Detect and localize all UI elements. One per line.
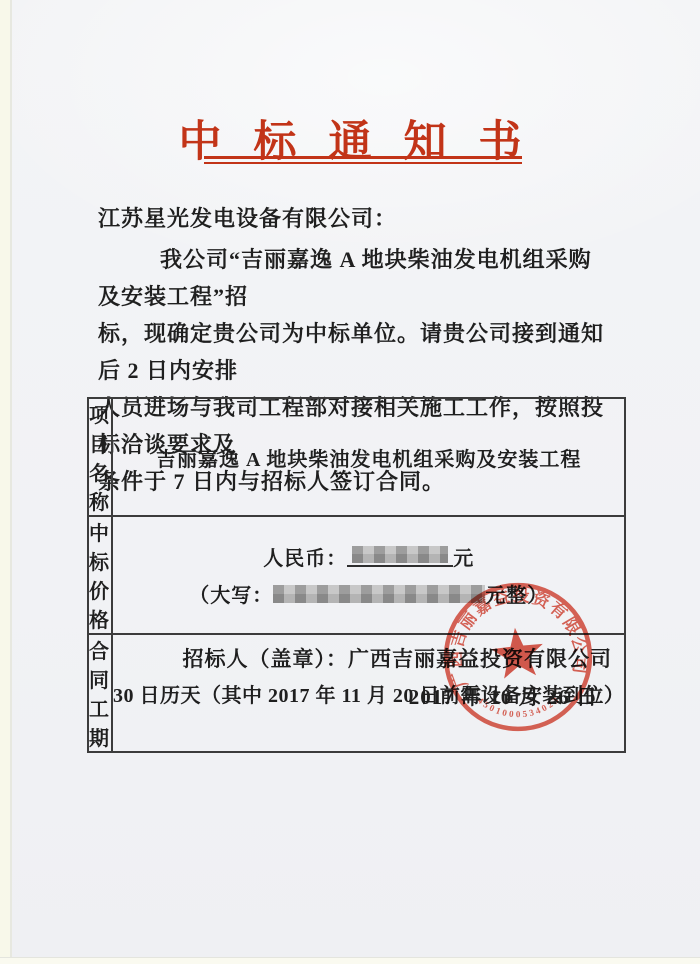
- recipient-line: 江苏星光发电设备有限公司：: [98, 202, 397, 233]
- project-name-value: 吉丽嘉逸 A 地块柴油发电机组采购及安装工程: [112, 398, 625, 516]
- stamp-serial-text: 4501000534023: [475, 687, 563, 724]
- stamp-star: [489, 625, 546, 680]
- table-row-project-name: 项目名称 吉丽嘉逸 A 地块柴油发电机组采购及安装工程: [88, 398, 625, 516]
- bid-price-label: 中标价格: [88, 516, 112, 634]
- price-caps-prefix: （大写：: [189, 579, 273, 608]
- redacted-amount-numeric: [352, 546, 448, 563]
- price-numeric-suffix: 元: [453, 542, 474, 571]
- title-double-underline: [204, 156, 522, 164]
- project-name-label: 项目名称: [88, 398, 112, 516]
- company-seal-stamp: 广西吉丽嘉益投资有限公司 4501000534023: [429, 568, 607, 746]
- redacted-amount-underline: [347, 546, 453, 567]
- price-numeric-line: 人民币： 元: [113, 538, 624, 575]
- contract-term-label: 合同工期: [88, 634, 112, 752]
- scan-edge-bottom: [0, 957, 700, 964]
- scanned-document-page: 中标通知书 江苏星光发电设备有限公司： 我公司“吉丽嘉逸 A 地块柴油发电机组采…: [0, 0, 700, 964]
- price-numeric-prefix: 人民币：: [263, 542, 347, 571]
